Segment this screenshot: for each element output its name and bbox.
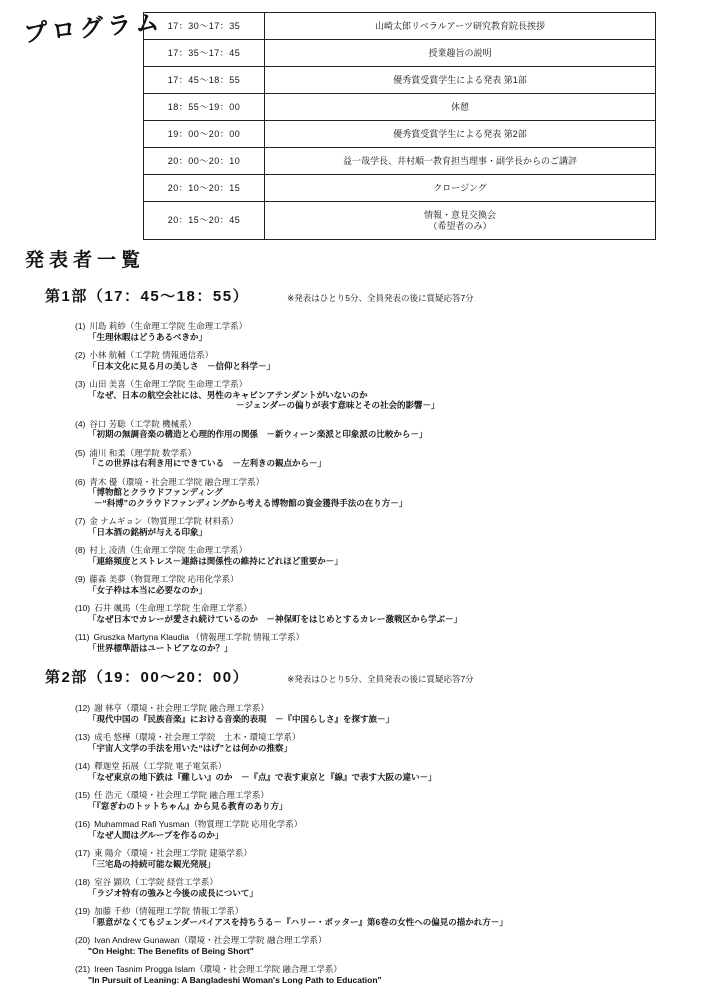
- part-1-header: 第1部（17：45～18：55） ※発表はひとり5分、全員発表の後に質疑応答7分: [45, 285, 710, 306]
- presentation-title: 「なぜ東京の地下鉄は『難しい』のか －『点』で表す東京と『線』で表す大阪の違い－…: [88, 772, 710, 783]
- presenter-name-line: (8)村上 凌清（生命理工学院 生命理工学系）: [75, 545, 710, 556]
- presentation-title: －ジェンダーの偏りが表す意味とその社会的影響－」: [236, 400, 710, 411]
- presenter-item: (10)石井 颯馬（生命理工学院 生命理工学系）「なぜ日本でカレーが愛され続けて…: [75, 603, 710, 624]
- presenter-number: (11): [75, 632, 90, 643]
- schedule-time-cell: 17：35～17：45: [144, 40, 265, 67]
- presenter-number: (18): [75, 877, 90, 888]
- part-1-section: 第1部（17：45～18：55） ※発表はひとり5分、全員発表の後に質疑応答7分…: [0, 285, 710, 653]
- presentation-title: 「日本酒の銘柄が与える印象」: [88, 527, 710, 538]
- schedule-time-cell: 19：00～20：00: [144, 121, 265, 148]
- presenter-item: (9)藤森 美夢（物質理工学院 応用化学系）「女子枠は本当に必要なのか」: [75, 574, 710, 595]
- presenter-item: (17)東 陽介（環境・社会理工学院 建築学系）「三宅島の持続可能な観光発展」: [75, 848, 710, 869]
- presentation-title: 「現代中国の『民族音楽』における音楽的表現 －『中国らしさ』を探す旅－」: [88, 714, 710, 725]
- part-2-title: 第2部（19：00～20：00）: [45, 666, 249, 687]
- presenter-item: (2)小林 航輔（工学院 情報通信系）「日本文化に見る月の美しさ －信仰と科学－…: [75, 350, 710, 371]
- presenter-name: 金 ナムギョン（物質理工学院 材料系）: [89, 516, 238, 527]
- presentation-title: 「悪意がなくてもジェンダーバイアスを持ちうる－『ハリー・ポッター』第6巻の女性へ…: [88, 917, 710, 928]
- presenters-list: 発表者一覧 第1部（17：45～18：55） ※発表はひとり5分、全員発表の後に…: [0, 245, 710, 993]
- program-document-page: プログラム 17：30～17：35山崎太郎リベラルアーツ研究教育院長挨拶17：3…: [0, 0, 710, 1004]
- presenter-name: 謝 林亨（環境・社会理工学院 融合理工学系）: [94, 703, 269, 714]
- presenter-name: 加藤 千紗（情報理工学院 情報工学系）: [94, 906, 243, 917]
- presenter-number: (15): [75, 790, 90, 801]
- presenter-name-line: (16)Muhammad Rafi Yusman（物質理工学院 応用化学系）: [75, 819, 710, 830]
- presenter-name: Gruszka Martyna Klaudia （情報理工学院 情報工学系）: [94, 632, 305, 643]
- presenter-number: (17): [75, 848, 90, 859]
- schedule-event-cell: クロージング: [265, 175, 656, 202]
- presentation-title: 「なぜ日本でカレーが愛され続けているのか －神保町をはじめとするカレー激戦区から…: [88, 614, 710, 625]
- presenter-name-line: (7)金 ナムギョン（物質理工学院 材料系）: [75, 516, 710, 527]
- presenter-name: 成毛 悠樺（環境・社会理工学院 土木・環境工学系）: [94, 732, 300, 743]
- presentation-title: "On Height: The Benefits of Being Short": [88, 946, 710, 957]
- schedule-row: 20：00～20：10益一哉学長、井村順一教育担当理事・副学長からのご講評: [144, 148, 656, 175]
- presentation-title: 「宇宙人文学の手法を用いた“はげ”とは何かの推察」: [88, 743, 710, 754]
- part-1-items: (1)川島 莉紗（生命理工学院 生命理工学系）「生理休暇はどうあるべきか」(2)…: [75, 321, 710, 653]
- part-2-note: ※発表はひとり5分、全員発表の後に質疑応答7分: [287, 673, 474, 685]
- presenter-item: (15)任 浩元（環境・社会理工学院 融合理工学系）「『窓ぎわのトットちゃん』か…: [75, 790, 710, 811]
- presenter-item: (5)浦川 和柔（理学院 数学系）「この世界は右利き用にできている －左利きの観…: [75, 448, 710, 469]
- schedule-time-cell: 20：15～20：45: [144, 202, 265, 240]
- presenter-number: (21): [75, 964, 90, 975]
- presenter-name-line: (15)任 浩元（環境・社会理工学院 融合理工学系）: [75, 790, 710, 801]
- presenter-name: 石井 颯馬（生命理工学院 生命理工学系）: [94, 603, 252, 614]
- presenter-name: 村上 凌清（生命理工学院 生命理工学系）: [89, 545, 247, 556]
- schedule-event-cell: 優秀賞受賞学生による発表 第1部: [265, 67, 656, 94]
- presenter-name-line: (18)室谷 顕玖（工学院 経営工学系）: [75, 877, 710, 888]
- presentation-title: 「初期の無調音楽の構造と心理的作用の関係 －新ウィーン楽派と印象派の比較から－」: [88, 429, 710, 440]
- presenter-name: Muhammad Rafi Yusman（物質理工学院 応用化学系）: [94, 819, 302, 830]
- schedule-row: 20：15～20：45情報・意見交換会 （希望者のみ）: [144, 202, 656, 240]
- presenter-number: (19): [75, 906, 90, 917]
- presenter-name: 青木 優（環境・社会理工学院 融合理工学系）: [89, 477, 264, 488]
- presenter-item: (13)成毛 悠樺（環境・社会理工学院 土木・環境工学系）「宇宙人文学の手法を用…: [75, 732, 710, 753]
- presenter-name-line: (13)成毛 悠樺（環境・社会理工学院 土木・環境工学系）: [75, 732, 710, 743]
- presenter-number: (16): [75, 819, 90, 830]
- presenter-name: 藤森 美夢（物質理工学院 応用化学系）: [89, 574, 238, 585]
- presenter-number: (4): [75, 419, 85, 430]
- schedule-time-cell: 20：10～20：15: [144, 175, 265, 202]
- schedule-event-cell: 益一哉学長、井村順一教育担当理事・副学長からのご講評: [265, 148, 656, 175]
- presenter-name: 山田 美喜（生命理工学院 生命理工学系）: [89, 379, 247, 390]
- presenter-name-line: (4)谷口 芳聡（工学院 機械系）: [75, 419, 710, 430]
- part-1-note: ※発表はひとり5分、全員発表の後に質疑応答7分: [287, 292, 474, 304]
- schedule-row: 20：10～20：15クロージング: [144, 175, 656, 202]
- presenter-number: (6): [75, 477, 85, 488]
- presentation-title: 「この世界は右利き用にできている －左利きの観点から－」: [88, 458, 710, 469]
- presenter-name-line: (21)Ireen Tasnim Progga Islam（環境・社会理工学院 …: [75, 964, 710, 975]
- presenter-item: (8)村上 凌清（生命理工学院 生命理工学系）「連絡頻度とストレス－連絡は関係性…: [75, 545, 710, 566]
- presenter-item: (12)謝 林亨（環境・社会理工学院 融合理工学系）「現代中国の『民族音楽』にお…: [75, 703, 710, 724]
- presentation-title: 「生理休暇はどうあるべきか」: [88, 332, 710, 343]
- schedule-row: 17：30～17：35山崎太郎リベラルアーツ研究教育院長挨拶: [144, 13, 656, 40]
- presenter-number: (13): [75, 732, 90, 743]
- presentation-title: －“科博”のクラウドファンディングから考える博物館の資金獲得手法の在り方－」: [94, 498, 710, 509]
- presenter-item: (11)Gruszka Martyna Klaudia （情報理工学院 情報工学…: [75, 632, 710, 653]
- presenter-name-line: (3)山田 美喜（生命理工学院 生命理工学系）: [75, 379, 710, 390]
- schedule-row: 17：35～17：45授業趣旨の説明: [144, 40, 656, 67]
- presentation-title: "In Pursuit of Leaning: A Bangladeshi Wo…: [88, 975, 710, 986]
- part-1-title: 第1部（17：45～18：55）: [45, 285, 249, 306]
- presenter-number: (3): [75, 379, 85, 390]
- presentation-title: 「『窓ぎわのトットちゃん』から見る教育のあり方」: [88, 801, 710, 812]
- presentation-title: 「女子枠は本当に必要なのか」: [88, 585, 710, 596]
- presenter-name: 任 浩元（環境・社会理工学院 融合理工学系）: [94, 790, 269, 801]
- presenter-number: (10): [75, 603, 90, 614]
- schedule-event-cell: 情報・意見交換会 （希望者のみ）: [265, 202, 656, 240]
- presenter-name-line: (5)浦川 和柔（理学院 数学系）: [75, 448, 710, 459]
- presenter-item: (1)川島 莉紗（生命理工学院 生命理工学系）「生理休暇はどうあるべきか」: [75, 321, 710, 342]
- presenter-number: (9): [75, 574, 85, 585]
- presenter-name: 谷口 芳聡（工学院 機械系）: [89, 419, 196, 430]
- part-2-header: 第2部（19：00～20：00） ※発表はひとり5分、全員発表の後に質疑応答7分: [45, 666, 710, 687]
- presenter-number: (14): [75, 761, 90, 772]
- presenter-name: 小林 航輔（工学院 情報通信系）: [89, 350, 213, 361]
- schedule-event-cell: 授業趣旨の説明: [265, 40, 656, 67]
- presenter-number: (12): [75, 703, 90, 714]
- presenter-name-line: (19)加藤 千紗（情報理工学院 情報工学系）: [75, 906, 710, 917]
- presenter-name: 室谷 顕玖（工学院 経営工学系）: [94, 877, 218, 888]
- presentation-title: 「日本文化に見る月の美しさ －信仰と科学－」: [88, 361, 710, 372]
- part-2-items: (12)謝 林亨（環境・社会理工学院 融合理工学系）「現代中国の『民族音楽』にお…: [75, 703, 710, 985]
- schedule-time-cell: 17：45～18：55: [144, 67, 265, 94]
- schedule-time-cell: 20：00～20：10: [144, 148, 265, 175]
- presenter-name: 釋迦堂 拓展（工学院 電子電気系）: [94, 761, 226, 772]
- schedule-row: 19：00～20：00優秀賞受賞学生による発表 第2部: [144, 121, 656, 148]
- presenter-name-line: (20)Ivan Andrew Gunawan（環境・社会理工学院 融合理工学系…: [75, 935, 710, 946]
- presenter-number: (1): [75, 321, 85, 332]
- presenters-heading: 発表者一覧: [25, 245, 710, 272]
- presenter-number: (7): [75, 516, 85, 527]
- schedule-event-cell: 休憩: [265, 94, 656, 121]
- schedule-time-cell: 17：30～17：35: [144, 13, 265, 40]
- presenter-number: (5): [75, 448, 85, 459]
- presenter-item: (19)加藤 千紗（情報理工学院 情報工学系）「悪意がなくてもジェンダーバイアス…: [75, 906, 710, 927]
- presenter-item: (16)Muhammad Rafi Yusman（物質理工学院 応用化学系）「な…: [75, 819, 710, 840]
- presenter-name: Ireen Tasnim Progga Islam（環境・社会理工学院 融合理工…: [94, 964, 342, 975]
- presenter-item: (4)谷口 芳聡（工学院 機械系）「初期の無調音楽の構造と心理的作用の関係 －新…: [75, 419, 710, 440]
- presenter-number: (8): [75, 545, 85, 556]
- presentation-title: 「三宅島の持続可能な観光発展」: [88, 859, 710, 870]
- presenter-item: (21)Ireen Tasnim Progga Islam（環境・社会理工学院 …: [75, 964, 710, 985]
- presenter-number: (20): [75, 935, 90, 946]
- presenter-name-line: (11)Gruszka Martyna Klaudia （情報理工学院 情報工学…: [75, 632, 710, 643]
- presenter-name-line: (6)青木 優（環境・社会理工学院 融合理工学系）: [75, 477, 710, 488]
- presentation-title: 「博物館とクラウドファンディング: [88, 487, 710, 498]
- schedule-table: 17：30～17：35山崎太郎リベラルアーツ研究教育院長挨拶17：35～17：4…: [143, 12, 656, 240]
- schedule-event-cell: 優秀賞受賞学生による発表 第2部: [265, 121, 656, 148]
- presenter-item: (18)室谷 顕玖（工学院 経営工学系）「ラジオ特有の強みと今後の成長について」: [75, 877, 710, 898]
- presentation-title: 「なぜ、日本の航空会社には、男性のキャビンアテンダントがいないのか: [88, 390, 710, 401]
- presenter-name-line: (12)謝 林亨（環境・社会理工学院 融合理工学系）: [75, 703, 710, 714]
- schedule-event-cell: 山崎太郎リベラルアーツ研究教育院長挨拶: [265, 13, 656, 40]
- presenter-name: 浦川 和柔（理学院 数学系）: [89, 448, 196, 459]
- part-2-section: 第2部（19：00～20：00） ※発表はひとり5分、全員発表の後に質疑応答7分…: [0, 666, 710, 985]
- presenter-item: (14)釋迦堂 拓展（工学院 電子電気系）「なぜ東京の地下鉄は『難しい』のか －…: [75, 761, 710, 782]
- schedule-time-cell: 18：55～19：00: [144, 94, 265, 121]
- presenter-name: 東 陽介（環境・社会理工学院 建築学系）: [94, 848, 252, 859]
- presentation-title: 「なぜ人間はグループを作るのか」: [88, 830, 710, 841]
- presenter-item: (3)山田 美喜（生命理工学院 生命理工学系）「なぜ、日本の航空会社には、男性の…: [75, 379, 710, 411]
- presenter-item: (6)青木 優（環境・社会理工学院 融合理工学系）「博物館とクラウドファンディン…: [75, 477, 710, 509]
- presenter-name-line: (14)釋迦堂 拓展（工学院 電子電気系）: [75, 761, 710, 772]
- schedule-row: 17：45～18：55優秀賞受賞学生による発表 第1部: [144, 67, 656, 94]
- presentation-title: 「連絡頻度とストレス－連絡は関係性の維持にどれほど重要か－」: [88, 556, 710, 567]
- presenter-item: (20)Ivan Andrew Gunawan（環境・社会理工学院 融合理工学系…: [75, 935, 710, 956]
- presenter-name-line: (2)小林 航輔（工学院 情報通信系）: [75, 350, 710, 361]
- presenter-name: Ivan Andrew Gunawan（環境・社会理工学院 融合理工学系）: [94, 935, 326, 946]
- presenter-number: (2): [75, 350, 85, 361]
- presenter-item: (7)金 ナムギョン（物質理工学院 材料系）「日本酒の銘柄が与える印象」: [75, 516, 710, 537]
- presentation-title: 「ラジオ特有の強みと今後の成長について」: [88, 888, 710, 899]
- presenter-name: 川島 莉紗（生命理工学院 生命理工学系）: [89, 321, 247, 332]
- presenter-name-line: (10)石井 颯馬（生命理工学院 生命理工学系）: [75, 603, 710, 614]
- schedule-row: 18：55～19：00休憩: [144, 94, 656, 121]
- presentation-title: 「世界標準語はユートピアなのか？」: [88, 643, 710, 654]
- presenter-name-line: (1)川島 莉紗（生命理工学院 生命理工学系）: [75, 321, 710, 332]
- presenter-name-line: (9)藤森 美夢（物質理工学院 応用化学系）: [75, 574, 710, 585]
- presenter-name-line: (17)東 陽介（環境・社会理工学院 建築学系）: [75, 848, 710, 859]
